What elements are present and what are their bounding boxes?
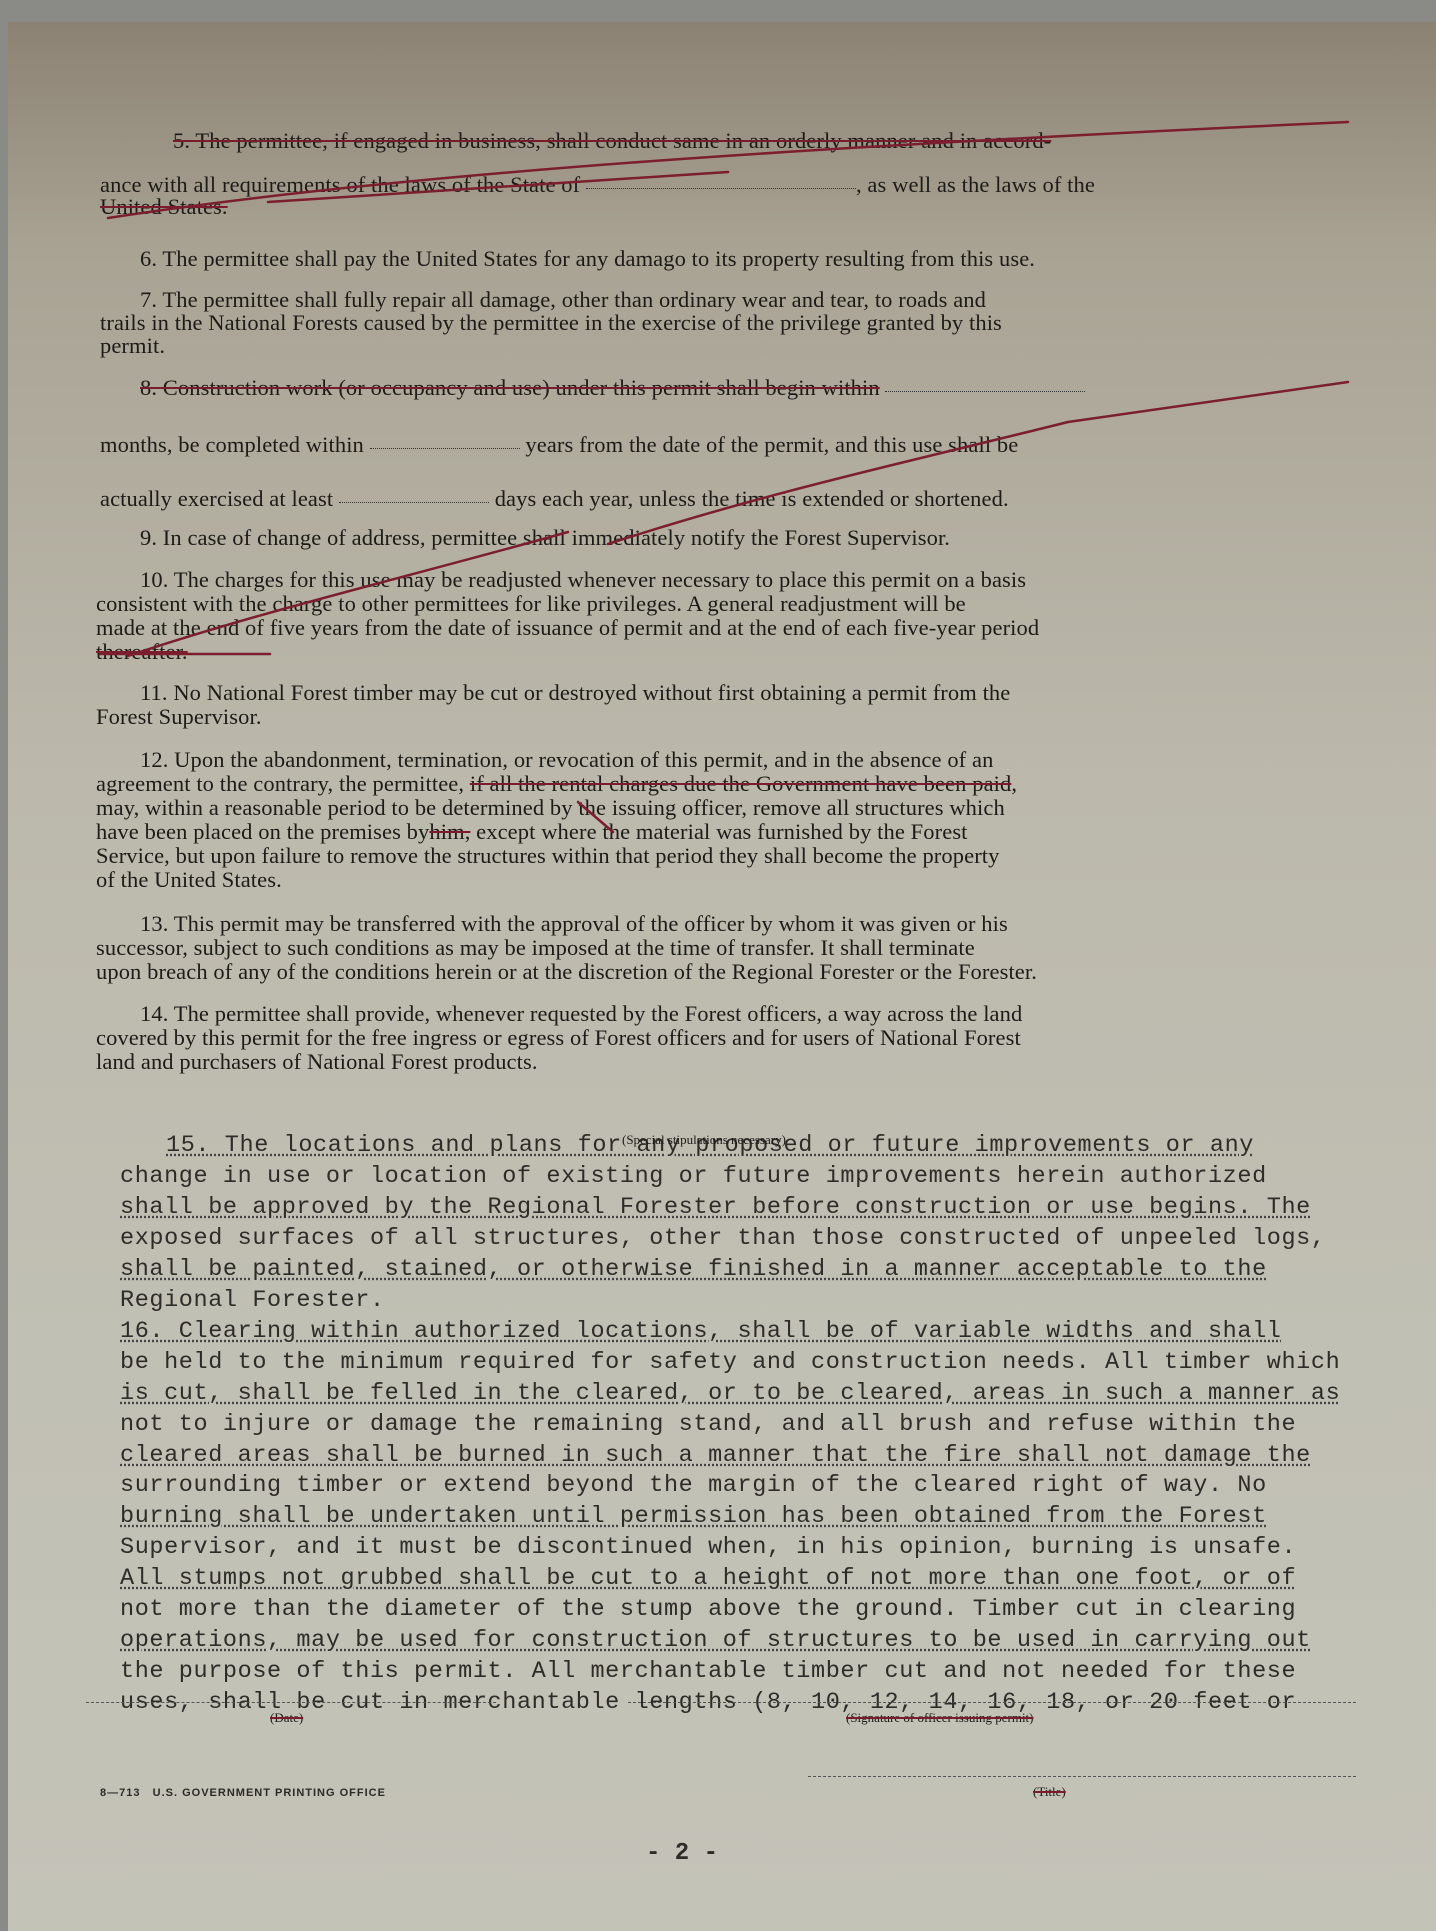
clause-5-line-2: ance with all requirements of the laws o… xyxy=(100,172,1095,198)
typed-line: is cut, shall be felled in the cleared, … xyxy=(120,1380,1340,1407)
date-line[interactable] xyxy=(86,1702,496,1703)
document-page: 5. The permittee, if engaged in business… xyxy=(8,22,1436,1931)
clause-12-struck-him: him, xyxy=(429,819,470,844)
clause-8-line-1: 8. Construction work (or occupancy and u… xyxy=(140,375,1085,401)
days-blank[interactable] xyxy=(339,502,489,503)
typed-line: not to injure or damage the remaining st… xyxy=(120,1411,1296,1438)
form-id: 8—713 xyxy=(100,1787,140,1799)
clause-7-line-2: trails in the National Forests caused by… xyxy=(100,310,1002,336)
typed-line: shall be painted, stained, or otherwise … xyxy=(120,1256,1267,1283)
clause-12-line-2: agreement to the contrary, the permittee… xyxy=(96,771,1017,797)
clause-12-line-1: 12. Upon the abandonment, termination, o… xyxy=(140,747,993,773)
typed-line: be held to the minimum required for safe… xyxy=(120,1349,1340,1376)
typed-line: All stumps not grubbed shall be cut to a… xyxy=(120,1565,1296,1592)
clause-10-line-2: consistent with the charge to other perm… xyxy=(96,591,966,617)
clause-13-line-2: successor, subject to such conditions as… xyxy=(96,935,975,961)
typed-line: shall be approved by the Regional Forest… xyxy=(120,1194,1311,1221)
clause-12-line-5: Service, but upon failure to remove the … xyxy=(96,843,999,869)
clause-12-text-b: have been placed on the premises by xyxy=(96,819,429,844)
clause-12-comma: , xyxy=(1011,771,1017,796)
signature-line[interactable] xyxy=(628,1702,1356,1703)
clause-11-line-2: Forest Supervisor. xyxy=(96,704,262,730)
clause-9: 9. In case of change of address, permitt… xyxy=(140,525,950,551)
typed-line: operations, may be used for construction… xyxy=(120,1627,1311,1654)
clause-12-line-3: may, within a reasonable period to be de… xyxy=(96,795,1005,821)
clause-14-line-1: 14. The permittee shall provide, wheneve… xyxy=(140,1001,1022,1027)
clause-10-line-4: thereafter. xyxy=(96,639,188,665)
months-blank[interactable] xyxy=(885,391,1085,392)
clause-5-line-1: 5. The permittee, if engaged in business… xyxy=(173,128,1051,154)
clause-14-line-2: covered by this permit for the free ingr… xyxy=(96,1025,1021,1051)
clause-12-line-4: have been placed on the premises byhim, … xyxy=(96,819,968,845)
typed-line: 16. Clearing within authorized locations… xyxy=(120,1318,1281,1345)
typed-line: not more than the diameter of the stump … xyxy=(120,1596,1296,1623)
years-blank[interactable] xyxy=(370,448,520,449)
typed-line: Supervisor, and it must be discontinued … xyxy=(120,1534,1296,1561)
state-blank[interactable] xyxy=(586,188,856,189)
typed-line: cleared areas shall be burned in such a … xyxy=(120,1442,1311,1469)
clause-5-line-3: United States. xyxy=(100,194,228,220)
clause-8-text-c: actually exercised at least xyxy=(100,486,333,511)
clause-8-text-d: days each year, unless the time is exten… xyxy=(495,486,1009,511)
page-number: - 2 - xyxy=(646,1840,718,1867)
typed-line: surrounding timber or extend beyond the … xyxy=(120,1472,1267,1499)
clause-11-line-1: 11. No National Forest timber may be cut… xyxy=(140,680,1010,706)
typed-line: burning shall be undertaken until permis… xyxy=(120,1503,1267,1530)
typed-line: change in use or location of existing or… xyxy=(120,1163,1267,1190)
signature-label: (Signature of officer issuing permit) xyxy=(846,1710,1034,1726)
typed-line: exposed surfaces of all structures, othe… xyxy=(120,1225,1326,1252)
clause-13-line-1: 13. This permit may be transferred with … xyxy=(140,911,1008,937)
clause-14-line-3: land and purchasers of National Forest p… xyxy=(96,1049,538,1075)
clause-8-text-a: months, be completed within xyxy=(100,432,364,457)
typed-line: Regional Forester. xyxy=(120,1287,385,1314)
date-label: (Date) xyxy=(270,1710,303,1726)
clause-5-text-b: , as well as the laws of the xyxy=(856,172,1095,197)
special-stipulations-caption: (Special stipulations necessary) xyxy=(622,1132,786,1148)
clause-12-text-a: agreement to the contrary, the permittee… xyxy=(96,771,464,796)
clause-8-text: 8. Construction work (or occupancy and u… xyxy=(140,375,880,400)
clause-10-line-3: made at the end of five years from the d… xyxy=(96,615,1039,641)
clause-13-line-3: upon breach of any of the conditions her… xyxy=(96,959,1037,985)
printer-name: U.S. GOVERNMENT PRINTING OFFICE xyxy=(153,1787,386,1799)
title-label: (Title) xyxy=(1033,1784,1066,1800)
clause-12-line-6: of the United States. xyxy=(96,867,282,893)
clause-6: 6. The permittee shall pay the United St… xyxy=(140,246,1035,272)
clause-10-line-1: 10. The charges for this use may be read… xyxy=(140,567,1026,593)
form-footer: 8—713 U.S. GOVERNMENT PRINTING OFFICE xyxy=(100,1787,386,1799)
typed-line: the purpose of this permit. All merchant… xyxy=(120,1658,1296,1685)
clause-8-text-b: years from the date of the permit, and t… xyxy=(525,432,1018,457)
clause-12-struck-text: if all the rental charges due the Govern… xyxy=(470,771,1012,796)
clause-8-line-3: actually exercised at least days each ye… xyxy=(100,486,1009,512)
title-line[interactable] xyxy=(808,1776,1356,1777)
clause-12-text-c: except where the material was furnished … xyxy=(476,819,967,844)
clause-7-line-3: permit. xyxy=(100,333,165,359)
clause-8-line-2: months, be completed within years from t… xyxy=(100,432,1018,458)
